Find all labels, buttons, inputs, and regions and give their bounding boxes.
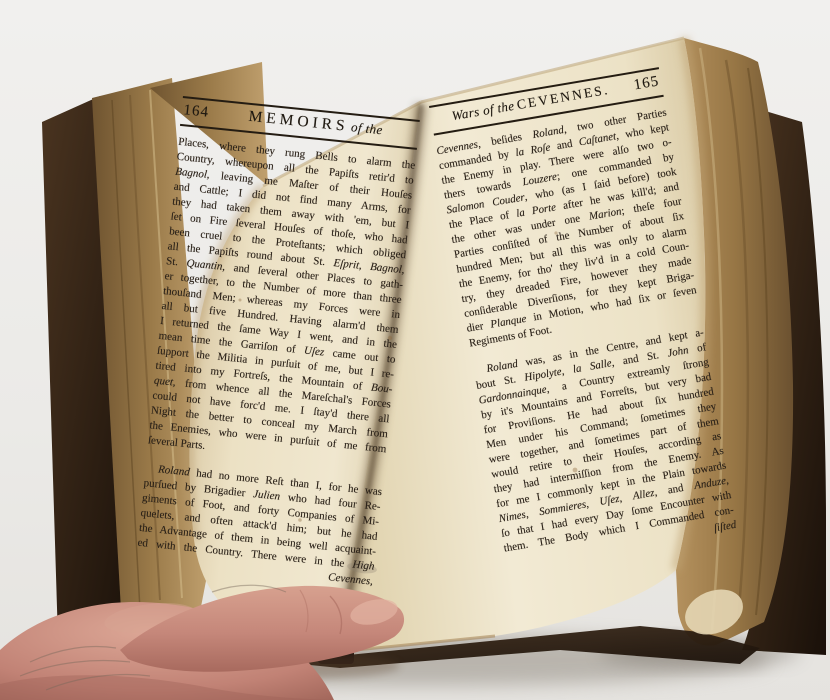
paragraph: Cevennes, beſides Roland, two other Part… bbox=[436, 106, 701, 352]
page-number: 164 bbox=[183, 103, 210, 121]
left-page-body: Places, where they rung Bells to alarm t… bbox=[135, 135, 416, 590]
running-title-tail: of the bbox=[350, 119, 383, 137]
page-number: 165 bbox=[633, 74, 661, 93]
running-title-lead: Wars of the bbox=[451, 98, 516, 123]
paragraph: Roland was, as in the Centre, and kept a… bbox=[473, 325, 735, 556]
book-photo-scene: 164 MEMOIRS of the Places, where they ru… bbox=[0, 0, 830, 700]
left-page-text: 164 MEMOIRS of the Places, where they ru… bbox=[135, 96, 419, 590]
running-title-caps: MEMOIRS bbox=[248, 108, 350, 135]
paragraph: Places, where they rung Bells to alarm t… bbox=[147, 135, 416, 472]
